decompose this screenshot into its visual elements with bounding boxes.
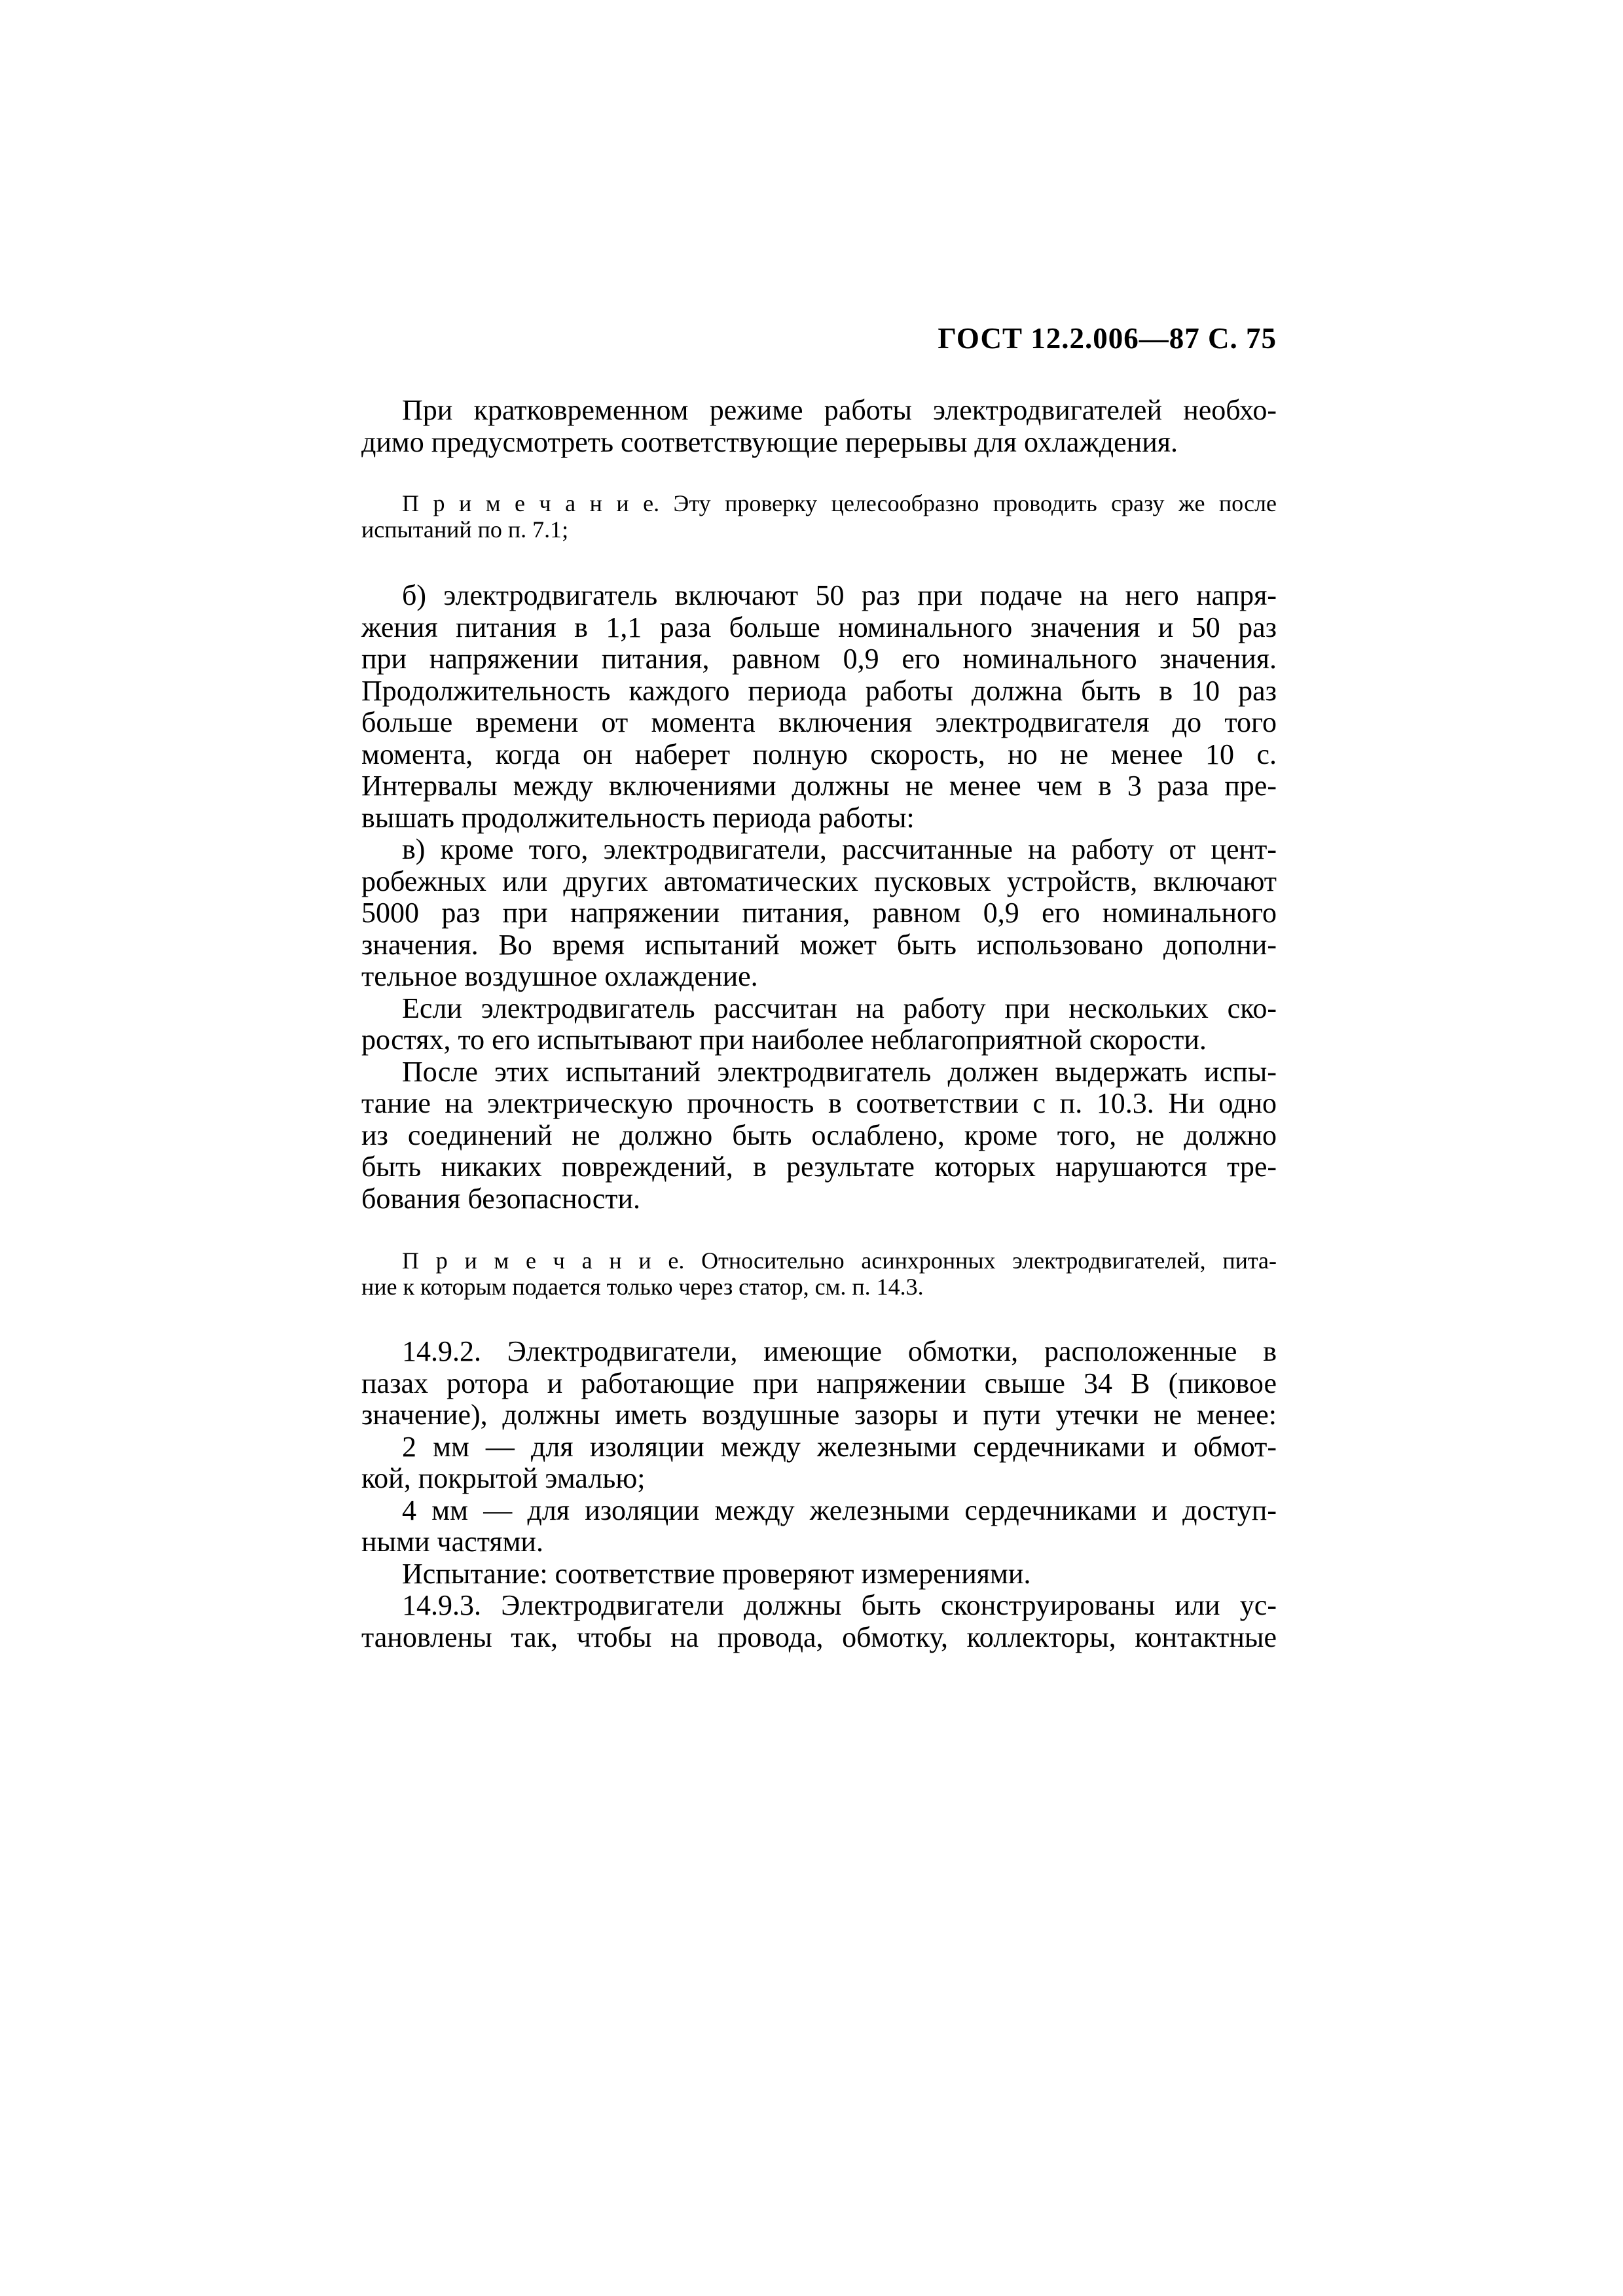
text-line: кой, покрытой эмалью;	[361, 1463, 1277, 1495]
text-line: момента, когда он наберет полную скорост…	[361, 739, 1277, 771]
text-line: бования безопасности.	[361, 1183, 1277, 1215]
text-line: вышать продолжительность периода работы:	[361, 802, 1277, 834]
text-line: П р и м е ч а н и е. Эту проверку целесо…	[361, 490, 1277, 516]
text-line: испытаний по п. 7.1;	[361, 516, 1277, 543]
text-line: Продолжительность каждого периода работы…	[361, 675, 1277, 708]
text-line: димо предусмотреть соответствующие перер…	[361, 427, 1277, 459]
paragraph-item-b: б) электродвигатель включают 50 раз при …	[361, 580, 1277, 834]
text-line: пазах ротора и работающие при напряжении…	[361, 1368, 1277, 1400]
text-line: ростях, то его испытывают при наиболее н…	[361, 1024, 1277, 1056]
note-1: П р и м е ч а н и е. Эту проверку целесо…	[361, 490, 1277, 543]
text-line: 14.9.2. Электродвигатели, имеющие обмотк…	[361, 1336, 1277, 1368]
text-line: б) электродвигатель включают 50 раз при …	[361, 580, 1277, 612]
text-line: 4 мм — для изоляции между железными серд…	[361, 1495, 1277, 1527]
text-line: в) кроме того, электродвигатели, рассчит…	[361, 834, 1277, 866]
page-header: ГОСТ 12.2.006—87 С. 75	[361, 323, 1277, 354]
text-line: Интервалы между включениями должны не ме…	[361, 770, 1277, 802]
text-line: ние к которым подается только через стат…	[361, 1274, 1277, 1300]
text-line: 5000 раз при напряжении питания, равном …	[361, 897, 1277, 929]
text-line: быть никаких повреждений, в результате к…	[361, 1151, 1277, 1183]
text-block: ГОСТ 12.2.006—87 С. 75 При кратковременн…	[361, 323, 1277, 1653]
text-line: жения питания в 1,1 раза больше номиналь…	[361, 612, 1277, 644]
note-2: П р и м е ч а н и е. Относительно асинхр…	[361, 1247, 1277, 1300]
paragraph-after-tests: После этих испытаний электродвигатель до…	[361, 1056, 1277, 1215]
paragraph-item-v: в) кроме того, электродвигатели, рассчит…	[361, 834, 1277, 993]
text-line: При кратковременном режиме работы электр…	[361, 395, 1277, 427]
text-line: тельное воздушное охлаждение.	[361, 961, 1277, 993]
text-line: 2 мм — для изоляции между железными серд…	[361, 1431, 1277, 1463]
text-line: После этих испытаний электродвигатель до…	[361, 1056, 1277, 1088]
text-line: 14.9.3. Электродвигатели должны быть ско…	[361, 1590, 1277, 1622]
text-line: Испытание: соответствие проверяют измере…	[361, 1558, 1277, 1590]
text-line: из соединений не должно быть ослаблено, …	[361, 1120, 1277, 1152]
text-line: значения. Во время испытаний может быть …	[361, 929, 1277, 961]
test-statement: Испытание: соответствие проверяют измере…	[361, 1558, 1277, 1590]
text-line: робежных или других автоматических пуско…	[361, 866, 1277, 898]
text-line: П р и м е ч а н и е. Относительно асинхр…	[361, 1247, 1277, 1274]
text-line: тановлены так, чтобы на провода, обмотку…	[361, 1622, 1277, 1654]
text-line: значение), должны иметь воздушные зазоры…	[361, 1399, 1277, 1431]
text-line: больше времени от момента включения элек…	[361, 707, 1277, 739]
text-line: при напряжении питания, равном 0,9 его н…	[361, 643, 1277, 675]
text-line: ными частями.	[361, 1526, 1277, 1558]
paragraph-intro: При кратковременном режиме работы электр…	[361, 395, 1277, 458]
document-page: ГОСТ 12.2.006—87 С. 75 При кратковременн…	[0, 0, 1623, 2296]
paragraph-multi-speed: Если электродвигатель рассчитан на работ…	[361, 993, 1277, 1056]
text-line: Если электродвигатель рассчитан на работ…	[361, 993, 1277, 1025]
text-line: тание на электрическую прочность в соотв…	[361, 1088, 1277, 1120]
list-item-4mm: 4 мм — для изоляции между железными серд…	[361, 1495, 1277, 1558]
clause-14-9-3: 14.9.3. Электродвигатели должны быть ско…	[361, 1590, 1277, 1653]
clause-14-9-2: 14.9.2. Электродвигатели, имеющие обмотк…	[361, 1336, 1277, 1431]
list-item-2mm: 2 мм — для изоляции между железными серд…	[361, 1431, 1277, 1495]
